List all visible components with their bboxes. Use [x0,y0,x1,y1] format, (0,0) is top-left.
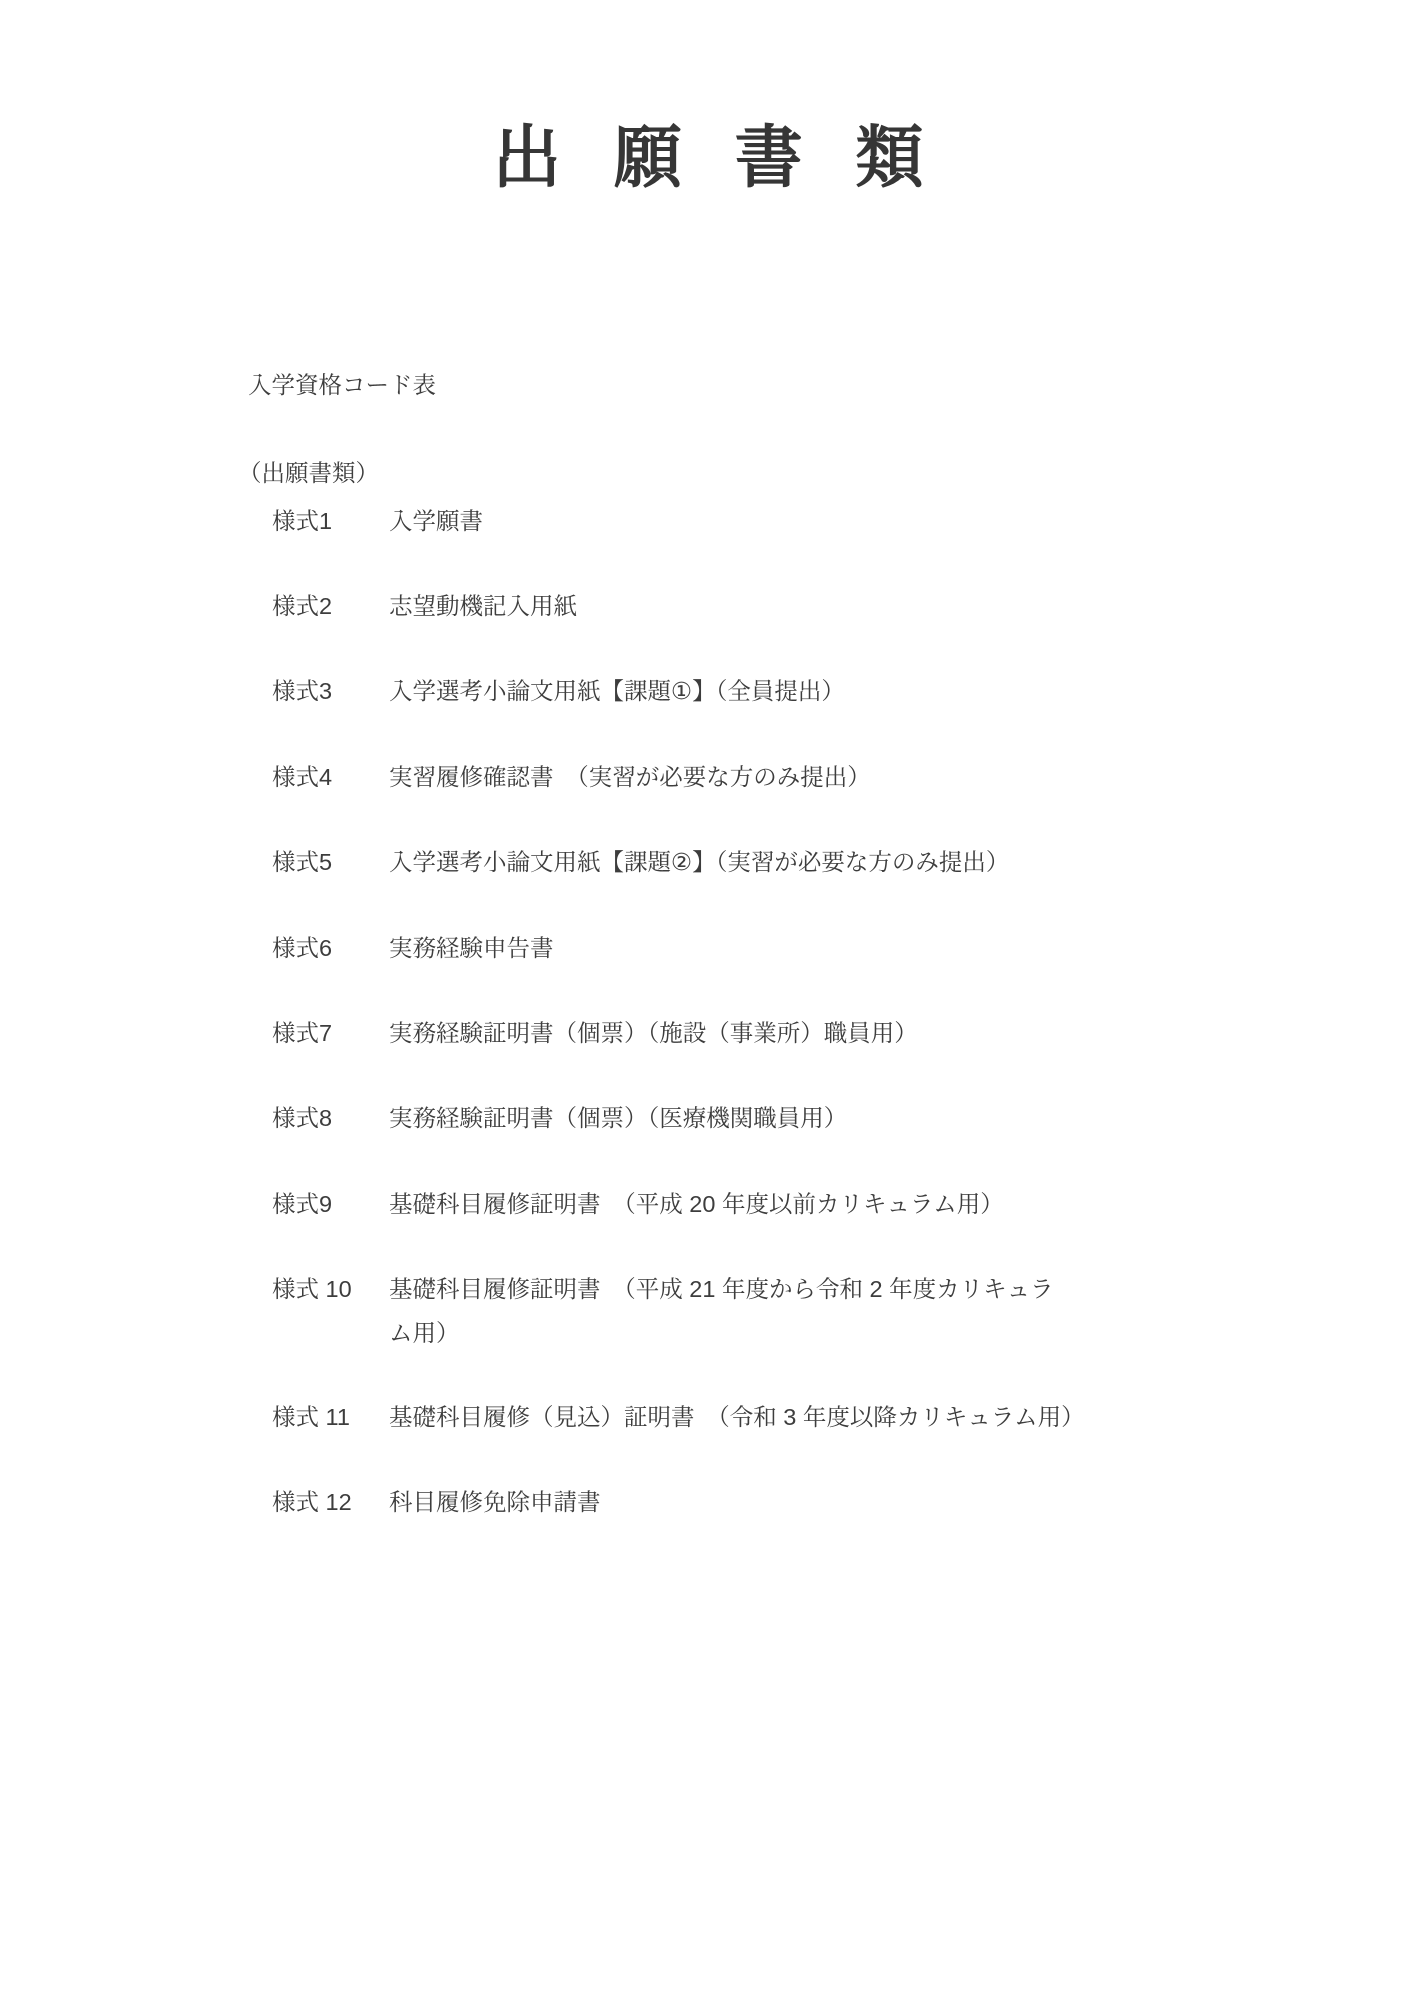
form-label: 様式6 [272,926,389,970]
form-row: 様式 12 科目履修免除申請書 [272,1480,601,1524]
form-name: 基礎科目履修（見込）証明書 （令和 3 年度以降カリキュラム用） [389,1395,1085,1439]
documents-heading: （出願書類） [238,456,379,490]
document-page: 出 願 書 類 入学資格コード表 （出願書類） 様式1 入学願書 様式2 志望動… [0,0,1413,2000]
form-row: 様式6 実務経験申告書 [272,926,554,970]
form-row: 様式9 基礎科目履修証明書 （平成 20 年度以前カリキュラム用） [272,1182,1004,1226]
form-name: 志望動機記入用紙 [389,584,577,628]
form-name: 実務経験証明書（個票）（医療機関職員用） [389,1096,847,1140]
form-label: 様式5 [272,840,389,884]
form-name: 入学選考小論文用紙【課題①】（全員提出） [389,669,845,713]
form-name: 実習履修確認書 （実習が必要な方のみ提出） [389,755,871,799]
form-label: 様式9 [272,1182,389,1226]
form-name: 入学願書 [389,499,483,543]
form-label: 様式3 [272,669,389,713]
form-row: 様式3 入学選考小論文用紙【課題①】（全員提出） [272,669,845,713]
form-row: 様式 10 基礎科目履修証明書 （平成 21 年度から令和 2 年度カリキュラ … [272,1267,1054,1355]
form-label: 様式 11 [272,1395,389,1439]
form-name: 基礎科目履修証明書 （平成 20 年度以前カリキュラム用） [389,1182,1004,1226]
page-title: 出 願 書 類 [0,124,1413,192]
form-row: 様式8 実務経験証明書（個票）（医療機関職員用） [272,1096,847,1140]
form-name: 科目履修免除申請書 [389,1480,601,1524]
form-label: 様式1 [272,499,389,543]
form-label: 様式4 [272,755,389,799]
form-name: 実務経験証明書（個票）（施設（事業所）職員用） [389,1011,918,1055]
form-row: 様式1 入学願書 [272,499,483,543]
form-label: 様式7 [272,1011,389,1055]
form-label: 様式8 [272,1096,389,1140]
form-row: 様式2 志望動機記入用紙 [272,584,577,628]
form-row: 様式7 実務経験証明書（個票）（施設（事業所）職員用） [272,1011,918,1055]
form-name: 入学選考小論文用紙【課題②】（実習が必要な方のみ提出） [389,840,1009,884]
form-row: 様式 11 基礎科目履修（見込）証明書 （令和 3 年度以降カリキュラム用） [272,1395,1085,1439]
form-row: 様式4 実習履修確認書 （実習が必要な方のみ提出） [272,755,871,799]
form-name: 基礎科目履修証明書 （平成 21 年度から令和 2 年度カリキュラ ム用） [389,1267,1054,1355]
code-table-label: 入学資格コード表 [248,368,436,402]
form-label: 様式 12 [272,1480,389,1524]
form-name: 実務経験申告書 [389,926,554,970]
form-label: 様式2 [272,584,389,628]
form-row: 様式5 入学選考小論文用紙【課題②】（実習が必要な方のみ提出） [272,840,1009,884]
form-label: 様式 10 [272,1267,389,1311]
